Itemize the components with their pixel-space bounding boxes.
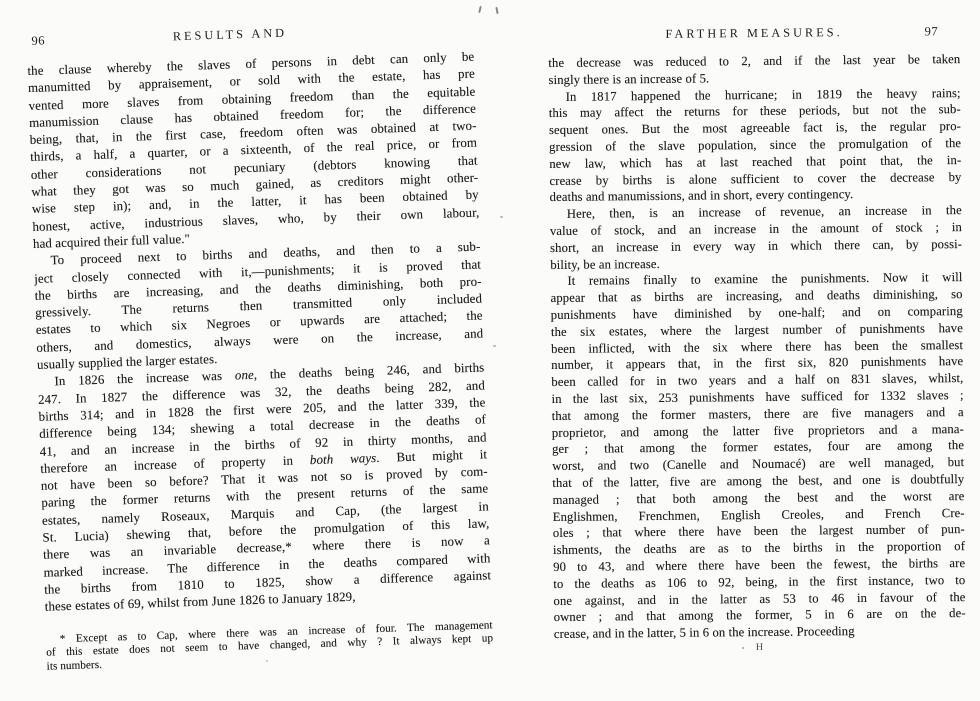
left-page-header: 96 RESULTS AND [26, 20, 473, 49]
right-page-text: the decrease was reduced to 2, and if th… [548, 51, 966, 643]
right-page-header: FARTHER MEASURES. 97 [548, 24, 960, 43]
scan-speck [493, 345, 496, 347]
scan-speck [500, 216, 503, 218]
header-spacer [387, 31, 473, 34]
right-page: FARTHER MEASURES. 97 the decrease was re… [548, 24, 966, 655]
left-page-text: the clause whereby the slaves of persons… [27, 49, 492, 617]
running-head-right: FARTHER MEASURES. [594, 24, 914, 42]
left-page-footnote: * Except as to Cap, where there was an i… [46, 619, 494, 674]
scan-speck [495, 7, 498, 14]
scan-speck [266, 660, 268, 662]
page-number-left: 96 [26, 33, 72, 49]
page-number-right: 97 [914, 24, 960, 39]
left-page: 96 RESULTS AND the clause whereby the sl… [26, 20, 493, 675]
running-head-left: RESULTS AND [72, 22, 387, 47]
scan-speck [478, 6, 482, 13]
scan-speck [742, 647, 744, 649]
